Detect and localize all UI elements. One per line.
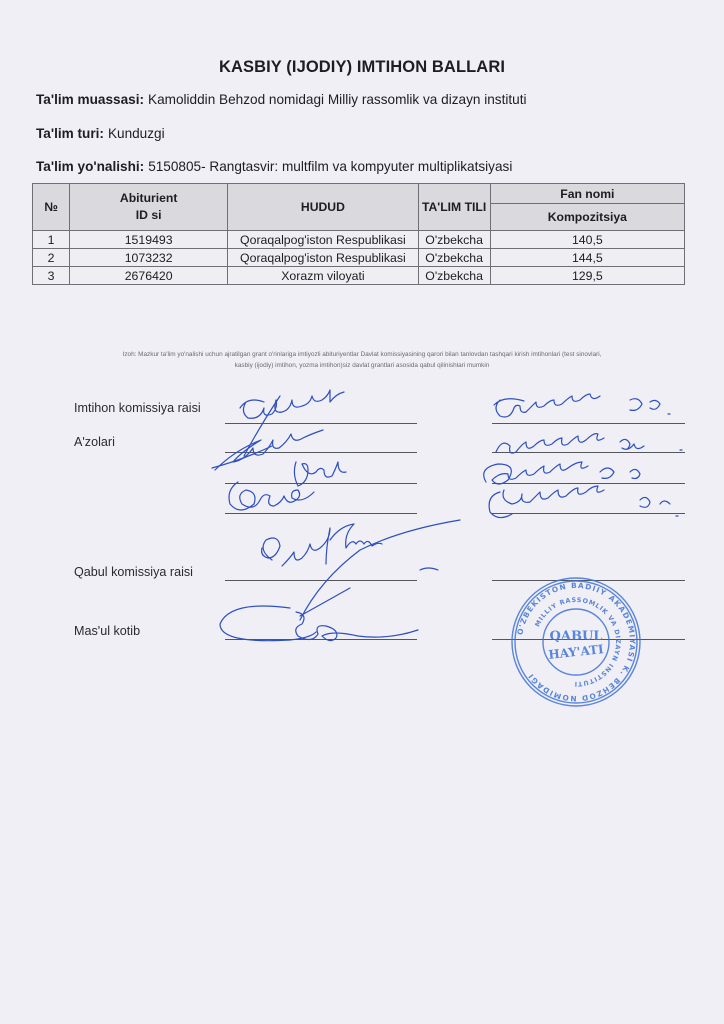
name-line bbox=[492, 423, 685, 424]
signature-line bbox=[225, 483, 417, 484]
applicant-id-cell: 1519493 bbox=[70, 231, 228, 249]
header-id-line1: Abiturient bbox=[120, 191, 178, 205]
header-id-line2: ID si bbox=[136, 208, 162, 222]
name-line bbox=[492, 513, 685, 514]
specialty-label: Ta'lim yo'nalishi: bbox=[36, 159, 144, 174]
language-cell: O'zbekcha bbox=[418, 267, 490, 285]
stamp-center-line1: QABUL bbox=[550, 629, 603, 644]
region-cell: Qoraqalpog'iston Respublikasi bbox=[228, 231, 418, 249]
footnote-line1: Izoh: Mazkur ta'lim yo'nalishi uchun ajr… bbox=[30, 349, 694, 360]
name-line bbox=[492, 483, 685, 484]
admission-chair-label: Qabul komissiya raisi bbox=[74, 565, 193, 579]
table-row: 32676420Xorazm viloyatiO'zbekcha129,5 bbox=[33, 267, 685, 285]
header-subject: Kompozitsiya bbox=[490, 204, 684, 231]
footnote-line2: kasbiy (ijodiy) imtihon, yozma imtihon)s… bbox=[30, 360, 694, 371]
secretary-label: Mas'ul kotib bbox=[74, 624, 140, 638]
institution-label: Ta'lim muassasi: bbox=[36, 92, 144, 107]
institution-info: Ta'lim muassasi:Kamoliddin Behzod nomida… bbox=[36, 92, 527, 107]
signature-line bbox=[225, 423, 417, 424]
header-region: HUDUD bbox=[228, 184, 418, 231]
institution-value: Kamoliddin Behzod nomidagi Milliy rassom… bbox=[148, 92, 527, 107]
document-page: KASBIY (IJODIY) IMTIHON BALLARI Ta'lim m… bbox=[0, 0, 724, 1024]
row-number-cell: 2 bbox=[33, 249, 70, 267]
header-subject-group: Fan nomi bbox=[490, 184, 684, 204]
row-number-cell: 1 bbox=[33, 231, 70, 249]
handwritten-signatures bbox=[0, 0, 724, 1024]
document-title: KASBIY (IJODIY) IMTIHON BALLARI bbox=[0, 58, 724, 77]
score-cell: 140,5 bbox=[490, 231, 684, 249]
header-no: № bbox=[33, 184, 70, 231]
specialty-info: Ta'lim yo'nalishi:5150805- Rangtasvir: m… bbox=[36, 159, 512, 174]
region-cell: Xorazm viloyati bbox=[228, 267, 418, 285]
members-label: A'zolari bbox=[74, 435, 115, 449]
signature-line bbox=[225, 580, 417, 581]
language-cell: O'zbekcha bbox=[418, 231, 490, 249]
score-cell: 129,5 bbox=[490, 267, 684, 285]
signature-line bbox=[225, 513, 417, 514]
study-type-label: Ta'lim turi: bbox=[36, 126, 104, 141]
scores-table: № Abiturient ID si HUDUD TA'LIM TILI Fan… bbox=[32, 183, 685, 285]
applicant-id-cell: 2676420 bbox=[70, 267, 228, 285]
applicant-id-cell: 1073232 bbox=[70, 249, 228, 267]
stamp-seal-icon: O'ZBEKISTON BADIIY AKADEMIYASI K. BEHZOD… bbox=[508, 574, 644, 710]
table-row: 11519493Qoraqalpog'iston RespublikasiO'z… bbox=[33, 231, 685, 249]
signature-line bbox=[225, 639, 417, 640]
name-line bbox=[492, 452, 685, 453]
footnote: Izoh: Mazkur ta'lim yo'nalishi uchun ajr… bbox=[30, 349, 694, 371]
language-cell: O'zbekcha bbox=[418, 249, 490, 267]
signature-line bbox=[225, 452, 417, 453]
header-language: TA'LIM TILI bbox=[418, 184, 490, 231]
region-cell: Qoraqalpog'iston Respublikasi bbox=[228, 249, 418, 267]
table-row: 21073232Qoraqalpog'iston RespublikasiO'z… bbox=[33, 249, 685, 267]
score-cell: 144,5 bbox=[490, 249, 684, 267]
row-number-cell: 3 bbox=[33, 267, 70, 285]
specialty-value: 5150805- Rangtasvir: multfilm va kompyut… bbox=[148, 159, 512, 174]
study-type-value: Kunduzgi bbox=[108, 126, 165, 141]
study-type-info: Ta'lim turi:Kunduzgi bbox=[36, 126, 165, 141]
header-applicant-id: Abiturient ID si bbox=[70, 184, 228, 231]
official-stamp: O'ZBEKISTON BADIIY AKADEMIYASI K. BEHZOD… bbox=[508, 574, 644, 710]
table-body: 11519493Qoraqalpog'iston RespublikasiO'z… bbox=[33, 231, 685, 285]
exam-commission-chair-label: Imtihon komissiya raisi bbox=[74, 401, 201, 415]
stamp-center-line2: HAY'ATI bbox=[548, 642, 605, 662]
